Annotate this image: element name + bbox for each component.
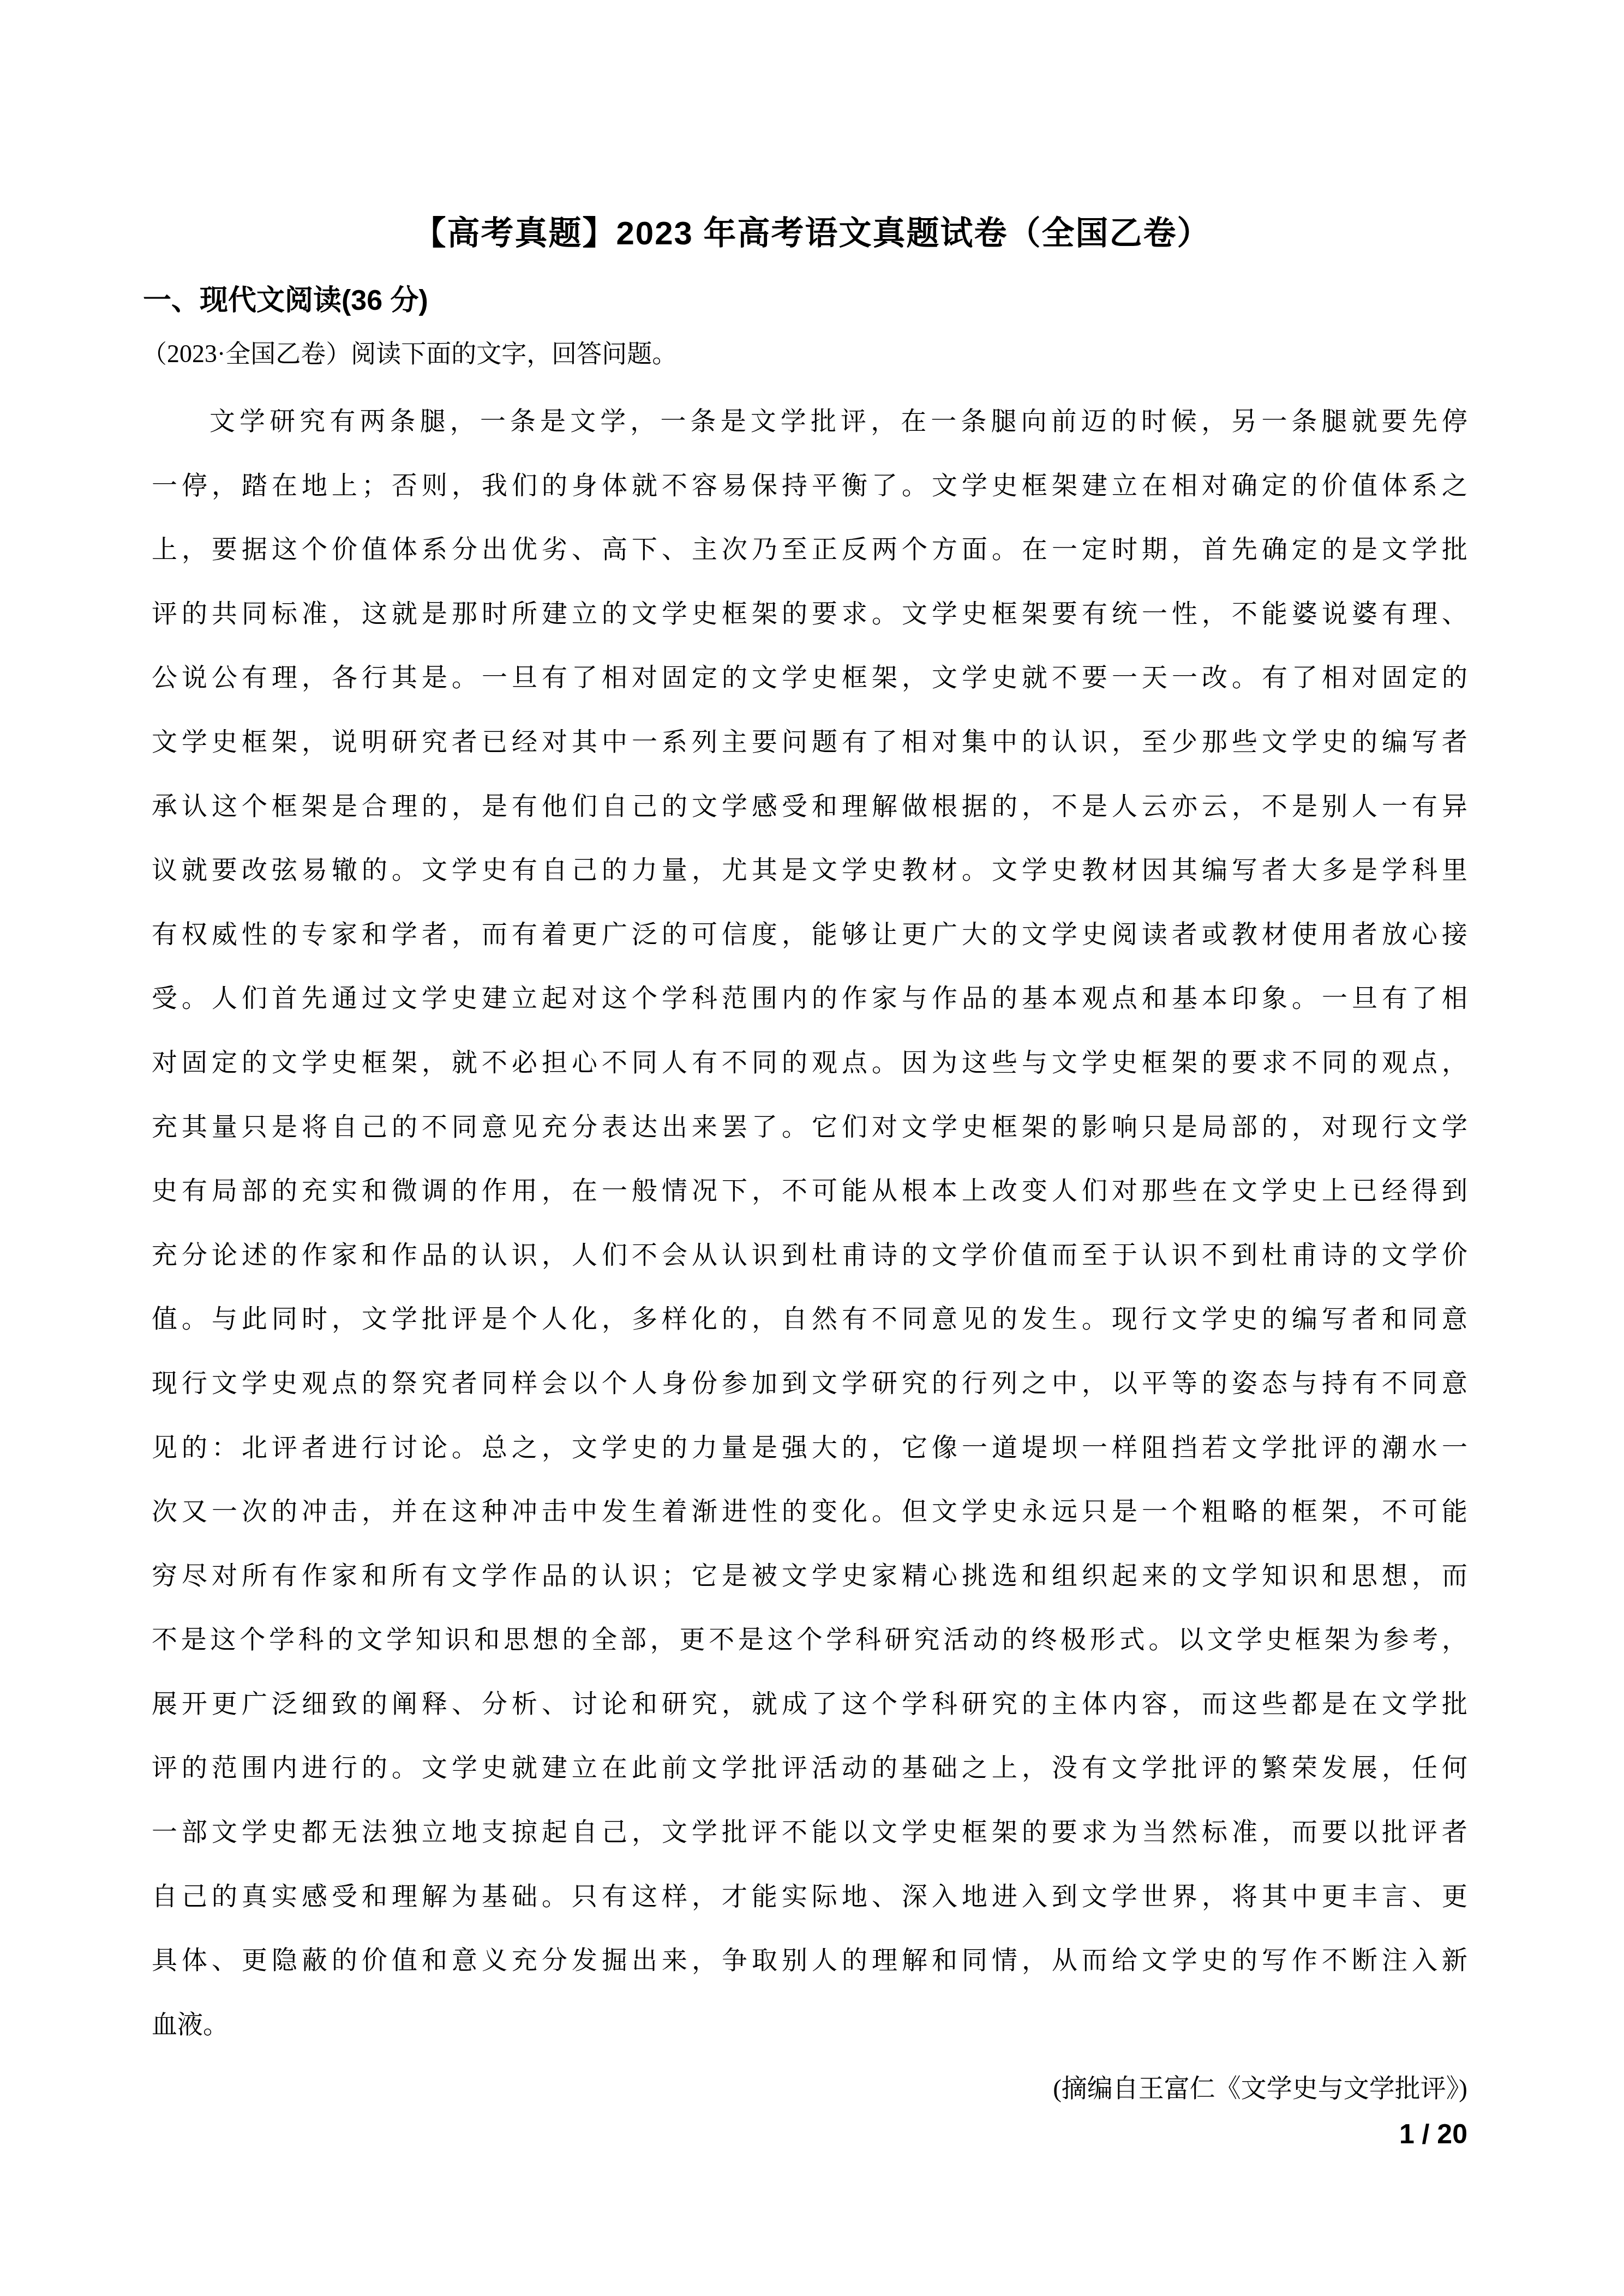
article-line: 穷尽对所有作家和所有文学作品的认识；它是被文学史家精心挑选和组织起来的文学知识和…	[152, 1544, 1467, 1609]
page-title: 【高考真题】2023 年高考语文真题试卷（全国乙卷）	[0, 210, 1624, 257]
attribution: (摘编自王富仁《文学史与文学批评》)	[152, 2057, 1467, 2121]
article-line: 评的范围内进行的。文学史就建立在此前文学批评活动的基础之上，没有文学批评的繁荣发…	[152, 1736, 1467, 1801]
article-line: 受。人们首先通过文学史建立起对这个学科范围内的作家与作品的基本观点和基本印象。一…	[152, 967, 1467, 1031]
article-line: 公说公有理，各行其是。一旦有了相对固定的文学史框架，文学史就不要一天一改。有了相…	[152, 646, 1467, 711]
article-line: 见的：北评者进行讨论。总之，文学史的力量是强大的，它像一道堤坝一样阻挡若文学批评…	[152, 1416, 1467, 1481]
section-intro: （2023·全国乙卷）阅读下面的文字，回答问题。	[142, 336, 1467, 372]
article-body: 文学研究有两条腿，一条是文学，一条是文学批评，在一条腿向前迈的时候，另一条腿就要…	[152, 390, 1467, 2057]
section-heading: 一、现代文阅读(36 分)	[143, 280, 1467, 321]
article-line: 次又一次的冲击，并在这种冲击中发生着渐进性的变化。但文学史永远只是一个粗略的框架…	[152, 1480, 1467, 1544]
page-number: 1 / 20	[152, 2115, 1467, 2153]
article-line: 充其量只是将自己的不同意见充分表达出来罢了。它们对文学史框架的影响只是局部的，对…	[152, 1096, 1467, 1160]
article-line: 血液。	[152, 1993, 1467, 2058]
article-line: 评的共同标准，这就是那时所建立的文学史框架的要求。文学史框架要有统一性，不能婆说…	[152, 582, 1467, 647]
article-line: 上，要据这个价值体系分出优劣、高下、主次乃至正反两个方面。在一定时期，首先确定的…	[152, 518, 1467, 582]
article-line: 史有局部的充实和微调的作用，在一般情况下，不可能从根本上改变人们对那些在文学史上…	[152, 1159, 1467, 1224]
article-line: 充分论述的作家和作品的认识，人们不会从认识到杜甫诗的文学价值而至于认识不到杜甫诗…	[152, 1224, 1467, 1288]
article-line: 不是这个学科的文学知识和思想的全部，更不是这个学科研究活动的终极形式。以文学史框…	[152, 1608, 1467, 1673]
article-line: 值。与此同时，文学批评是个人化，多样化的，自然有不同意见的发生。现行文学史的编写…	[152, 1288, 1467, 1352]
article-line: 一停，踏在地上；否则，我们的身体就不容易保持平衡了。文学史框架建立在相对确定的价…	[152, 454, 1467, 519]
article-line: 承认这个框架是合理的，是有他们自己的文学感受和理解做根据的，不是人云亦云，不是别…	[152, 775, 1467, 839]
article-line: 现行文学史观点的祭究者同样会以个人身份参加到文学研究的行列之中，以平等的姿态与持…	[152, 1352, 1467, 1416]
article-line: 展开更广泛细致的阐释、分析、讨论和研究，就成了这个学科研究的主体内容，而这些都是…	[152, 1673, 1467, 1737]
document-page: 【高考真题】2023 年高考语文真题试卷（全国乙卷） 一、现代文阅读(36 分)…	[0, 0, 1624, 2296]
article-line: 文学史框架，说明研究者已经对其中一系列主要问题有了相对集中的认识，至少那些文学史…	[152, 711, 1467, 775]
article-line: 具体、更隐蔽的价值和意义充分发掘出来，争取别人的理解和同情，从而给文学史的写作不…	[152, 1929, 1467, 1993]
article-line: 议就要改弦易辙的。文学史有自己的力量，尤其是文学史教材。文学史教材因其编写者大多…	[152, 839, 1467, 903]
article-line: 有权威性的专家和学者，而有着更广泛的可信度，能够让更广大的文学史阅读者或教材使用…	[152, 903, 1467, 967]
article-line: 一部文学史都无法独立地支掠起自己，文学批评不能以文学史框架的要求为当然标准，而要…	[152, 1801, 1467, 1865]
article-line: 对固定的文学史框架，就不必担心不同人有不同的观点。因为这些与文学史框架的要求不同…	[152, 1031, 1467, 1096]
article-line: 文学研究有两条腿，一条是文学，一条是文学批评，在一条腿向前迈的时候，另一条腿就要…	[152, 390, 1467, 454]
article-line: 自己的真实感受和理解为基础。只有这样，才能实际地、深入地进入到文学世界，将其中更…	[152, 1865, 1467, 1930]
